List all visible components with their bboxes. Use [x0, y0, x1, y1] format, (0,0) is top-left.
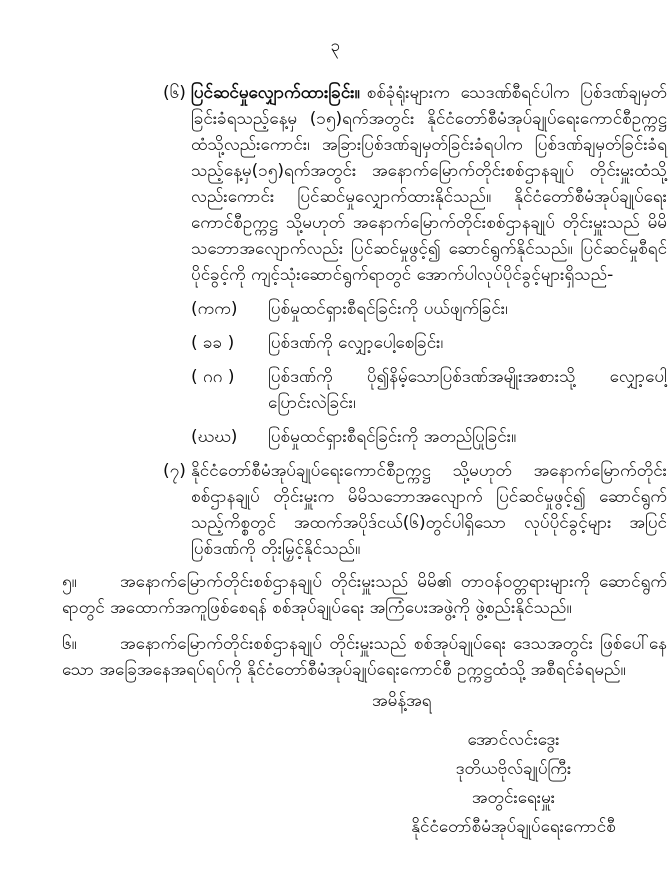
subclause-gaga: ( ဂဂ ) ပြစ်ဒဏ်ကို ပို၍နိမ့်သောပြစ်ဒဏ်အမျ…: [191, 364, 667, 416]
paragraph-5: ၅။အနောက်မြောက်တိုင်းစစ်ဌာနချုပ် တိုင်းမှ…: [62, 569, 667, 621]
signatory-organization: နိုင်ငံတော်စီမံအုပ်ချုပ်ရေးကောင်စီ: [380, 813, 647, 842]
signatory-name: အောင်လင်းဒွေး: [380, 726, 647, 755]
subclause-gaga-text: ပြစ်ဒဏ်ကို ပို၍နိမ့်သောပြစ်ဒဏ်အမျိုးအစား…: [268, 364, 667, 416]
clause-6-number: (၆): [163, 80, 191, 106]
paragraph-6-number: ၆။: [62, 631, 120, 657]
signatory-title: အတွင်းရေးမှူး: [380, 784, 647, 813]
paragraph-5-text: အနောက်မြောက်တိုင်းစစ်ဌာနချုပ် တိုင်းမှူး…: [62, 572, 667, 618]
subclause-ghagha-text: ပြစ်မှုထင်ရှားစီရင်ခြင်းကို အတည်ပြုခြင်း…: [268, 424, 667, 450]
subclause-kaka: (ကက) ပြစ်မှုထင်ရှားစီရင်ခြင်းကို ပယ်ဖျက်…: [191, 296, 667, 322]
clause-6-body: ပြင်ဆင်မှုလျှောက်ထားခြင်း။စစ်ခုံရုံးများ…: [191, 80, 667, 288]
paragraph-5-number: ၅။: [62, 569, 120, 595]
clause-7-number: (၇): [163, 458, 191, 484]
page-number: ၃: [0, 0, 671, 59]
signature-block: အောင်လင်းဒွေး ဒုတိယဗိုလ်ချုပ်ကြီး အတွင်း…: [380, 726, 647, 842]
paragraph-6: ၆။အနောက်မြောက်တိုင်းစစ်ဌာနချုပ် တိုင်းမှ…: [62, 631, 667, 683]
subclause-khakha-number: ( ခခ ): [191, 330, 268, 356]
document-page: ၃ (၆) ပြင်ဆင်မှုလျှောက်ထားခြင်း။စစ်ခုံရု…: [0, 0, 671, 887]
subclause-khakha-text: ပြစ်ဒဏ်ကို လျှော့ပေါ့စေခြင်း၊: [268, 330, 667, 356]
clause-6: (၆) ပြင်ဆင်မှုလျှောက်ထားခြင်း။စစ်ခုံရုံး…: [163, 80, 667, 288]
subclause-ghagha-number: (ဃဃ): [191, 424, 268, 450]
subclause-khakha: ( ခခ ) ပြစ်ဒဏ်ကို လျှော့ပေါ့စေခြင်း၊: [191, 330, 667, 356]
clause-6-heading: ပြင်ဆင်မှုလျှောက်ထားခြင်း။: [191, 83, 360, 103]
subclause-kaka-number: (ကက): [191, 296, 268, 322]
signatory-rank: ဒုတိယဗိုလ်ချုပ်ကြီး: [380, 755, 647, 784]
subclause-kaka-text: ပြစ်မှုထင်ရှားစီရင်ခြင်းကို ပယ်ဖျက်ခြင်း…: [268, 296, 667, 322]
paragraph-6-text: အနောက်မြောက်တိုင်းစစ်ဌာနချုပ် တိုင်းမှူး…: [62, 634, 667, 680]
by-order-line: အမိန့်အရ: [372, 688, 671, 714]
subclause-gaga-number: ( ဂဂ ): [191, 364, 268, 390]
clause-list: (၆) ပြင်ဆင်မှုလျှောက်ထားခြင်း။စစ်ခုံရုံး…: [163, 80, 667, 562]
subclause-ghagha: (ဃဃ) ပြစ်မှုထင်ရှားစီရင်ခြင်းကို အတည်ပြု…: [191, 424, 667, 450]
clause-6-text: စစ်ခုံရုံးများက သေဒဏ်စီရင်ပါက ပြစ်ဒဏ်ချမ…: [191, 83, 667, 285]
clause-7: (၇) နိုင်ငံတော်စီမံအုပ်ချုပ်ရေးကောင်စီဥက…: [163, 458, 667, 562]
clause-7-text: နိုင်ငံတော်စီမံအုပ်ချုပ်ရေးကောင်စီဥက္ကဋ္…: [191, 458, 667, 562]
